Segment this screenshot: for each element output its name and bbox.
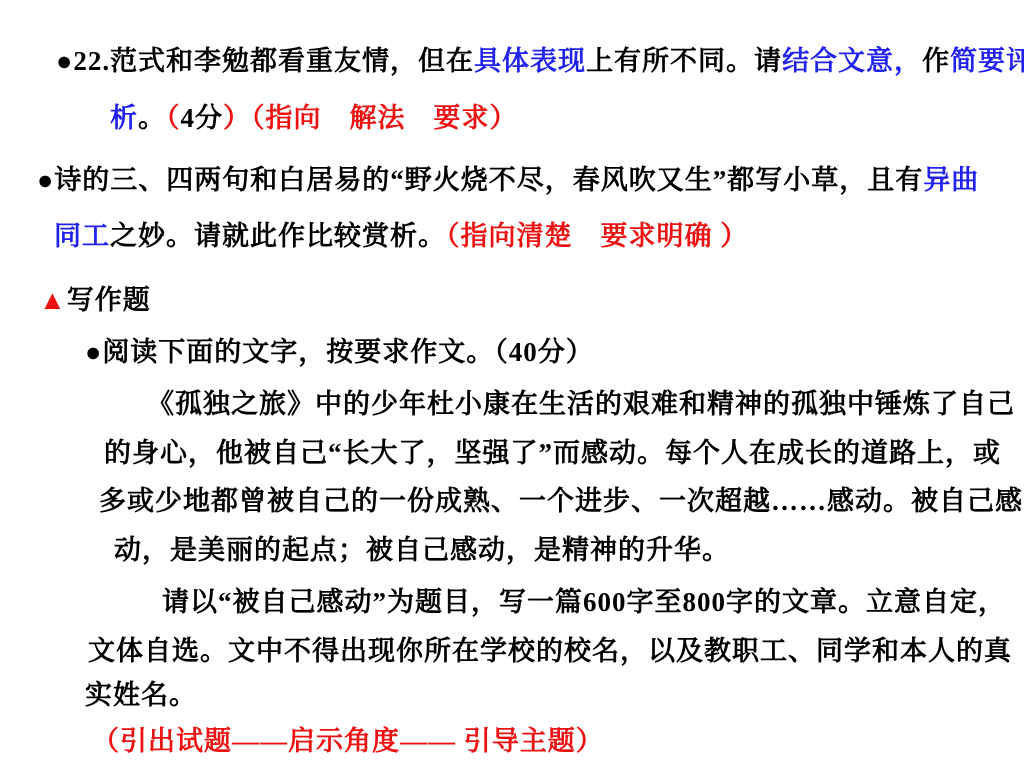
text-line: （引出试题——启示角度—— 引导主题）: [92, 722, 1024, 760]
text-line: ▲写作题: [39, 281, 1024, 319]
text-segment: （指向 解法 要求）: [251, 103, 518, 133]
text-line: 请以“被自己感动”为题目，写一篇600字至800字的文章。立意自定，: [162, 583, 1024, 621]
text-segment: 简要评: [950, 46, 1024, 76]
text-segment: 动，是美丽的起点；被自己感动，是精神的升华。: [114, 535, 730, 565]
text-line: 同工之妙。请就此作比较赏析。（指向清楚 要求明确 ）: [54, 217, 1024, 255]
text-segment: 4分: [181, 103, 224, 133]
text-line: 文体自选。文中不得出现你所在学校的校名，以及教职工、同学和本人的真: [88, 632, 1024, 670]
text-segment: 结合文意，: [782, 46, 922, 76]
text-segment: 异曲: [923, 165, 979, 195]
text-line: ●阅读下面的文字，按要求作文。（40分）: [85, 333, 1024, 371]
question-item-poem: ●诗的三、四两句和白居易的“野火烧不尽，春风吹又生”都写小草，且有异曲同工之妙。…: [0, 161, 1024, 255]
writing-prompt-paragraph: 《孤独之旅》中的少年杜小康在生活的艰难和精神的孤独中锤炼了自己的身心，他被自己“…: [0, 385, 1024, 569]
text-segment: 的身心，他被自己“长大了，坚强了”而感动。每个人在成长的道路上，或: [104, 438, 1001, 468]
writing-requirements-paragraph: 请以“被自己感动”为题目，写一篇600字至800字的文章。立意自定，文体自选。文…: [0, 583, 1024, 714]
bullet-icon: ●: [37, 165, 54, 195]
bullet-icon: ●: [85, 337, 102, 367]
text-line: ●诗的三、四两句和白居易的“野火烧不尽，春风吹又生”都写小草，且有异曲: [37, 161, 1024, 199]
text-line: 多或少地都曾被自己的一份成熟、一个进步、一次超越……感动。被自己感: [99, 482, 1024, 520]
text-segment: 《孤独之旅》中的少年杜小康在生活的艰难和精神的孤独中锤炼了自己: [147, 389, 1015, 419]
text-segment: 。: [138, 103, 166, 133]
text-line: ●22.范式和李勉都看重友情，但在具体表现上有所不同。请结合文意，作简要评: [56, 42, 1024, 80]
text-segment: 之妙。请就此作比较赏析。: [110, 221, 446, 251]
text-line: 实姓名。: [85, 676, 1024, 714]
question-item-22: ●22.范式和李勉都看重友情，但在具体表现上有所不同。请结合文意，作简要评析。（…: [0, 42, 1024, 137]
text-segment: （引出试题——启示角度—— 引导主题）: [92, 726, 604, 756]
text-segment: 22.范式和李勉都看重友情，但在: [73, 46, 474, 76]
annotation-note: （引出试题——启示角度—— 引导主题）: [0, 722, 1024, 760]
text-segment: 作: [922, 46, 950, 76]
writing-task-intro: ●阅读下面的文字，按要求作文。（40分）: [0, 333, 1024, 371]
text-line: 动，是美丽的起点；被自己感动，是精神的升华。: [114, 531, 1024, 569]
triangle-icon: ▲: [39, 285, 67, 315]
text-line: 《孤独之旅》中的少年杜小康在生活的艰难和精神的孤独中锤炼了自己: [147, 385, 1024, 423]
text-segment: 实姓名。: [85, 680, 197, 710]
text-segment: 析: [110, 103, 138, 133]
text-segment: 具体表现: [474, 46, 586, 76]
text-line: 析。（4分）（指向 解法 要求）: [110, 99, 1024, 137]
slide: ●22.范式和李勉都看重友情，但在具体表现上有所不同。请结合文意，作简要评析。（…: [0, 0, 1024, 768]
text-segment: 请以“被自己感动”为题目，写一篇600字至800字的文章。立意自定，: [162, 587, 1006, 617]
bullet-icon: ●: [56, 46, 73, 76]
text-segment: （: [166, 103, 181, 133]
text-segment: ）: [223, 103, 251, 133]
text-segment: 上有所不同。请: [586, 46, 782, 76]
text-segment: 文体自选。文中不得出现你所在学校的校名，以及教职工、同学和本人的真: [88, 636, 1012, 666]
text-segment: 阅读下面的文字，按要求作文。（40分）: [102, 337, 594, 367]
text-segment: 多或少地都曾被自己的一份成熟、一个进步、一次超越……感动。被自己感: [99, 486, 1023, 516]
text-line: 的身心，他被自己“长大了，坚强了”而感动。每个人在成长的道路上，或: [104, 434, 1024, 472]
text-segment: 诗的三、四两句和白居易的“野火烧不尽，春风吹又生”都写小草，且有: [54, 165, 923, 195]
text-segment: 写作题: [67, 285, 151, 315]
text-segment: （指向清楚 要求明确 ）: [446, 221, 748, 251]
text-segment: 同工: [54, 221, 110, 251]
section-heading-writing: ▲写作题: [0, 281, 1024, 319]
